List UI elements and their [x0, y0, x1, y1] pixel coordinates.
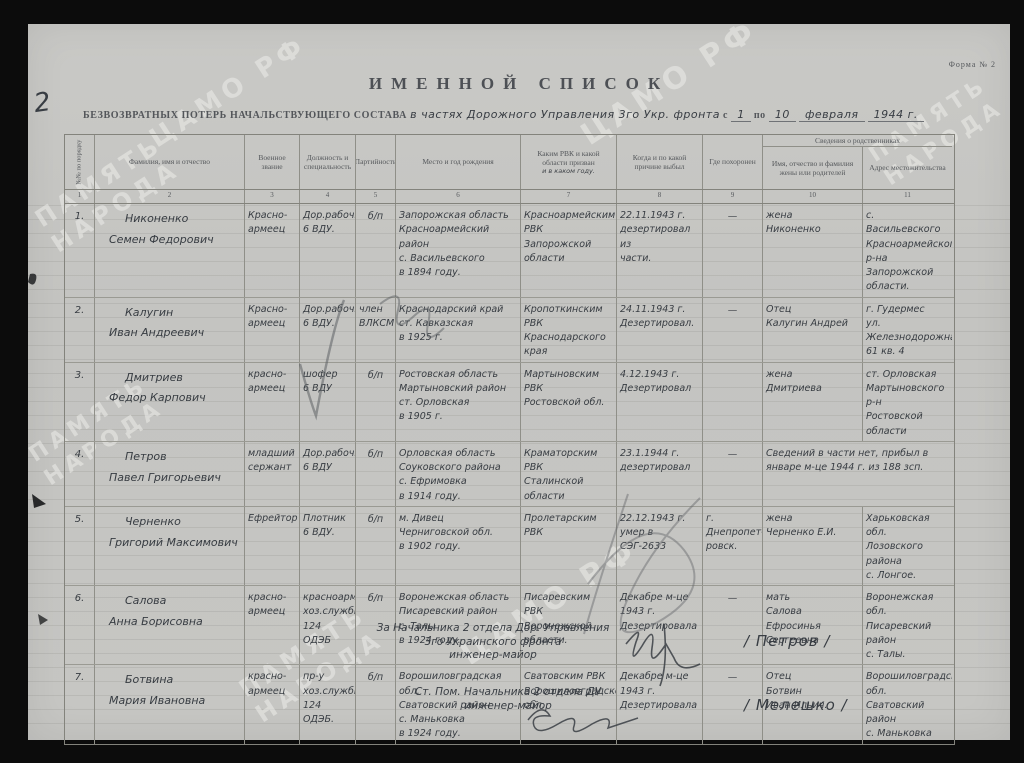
cell-birth: м. Дивец Черниговской обл. в 1902 году. [396, 507, 521, 585]
table-header-row: №№ по порядку Фамилия, имя и отчество Во… [65, 135, 954, 190]
cell-number: 3. [65, 363, 95, 441]
column-header-rvk-handwritten-note: и в каком году. [542, 167, 595, 175]
table-row: 4. Петров Павел Григорьевич младший серж… [65, 442, 954, 507]
signature-block-1: За Начальника 2 отдела Дор. Управления 3… [328, 622, 658, 663]
cell-rank: красно- армеец [245, 586, 300, 664]
cell-buried: — [703, 204, 763, 297]
cell-duty: Дор.рабочий 6 ВДУ. [300, 204, 356, 297]
subtitle-po-label: по [754, 110, 766, 121]
signatory-title: За Начальника 2 отдела Дор. Управления 3… [328, 622, 658, 663]
cell-relative: Отец Калугин Андрей [763, 298, 863, 362]
cell-name: Никоненко Семен Федорович [95, 204, 245, 297]
cell-party: б/п [356, 204, 396, 297]
column-group-relatives-title: Сведения о родственниках [763, 135, 952, 147]
cell-address: Воронежская обл. Писаревский район с. Та… [863, 586, 952, 664]
cell-reason: 22.11.1943 г. дезертировал из части. [617, 204, 703, 297]
cell-address: с. Васильевского Красноармейского р-на З… [863, 204, 952, 297]
cell-name: Петров Павел Григорьевич [95, 442, 245, 506]
cell-buried: — [703, 586, 763, 664]
cell-name: Ботвина Мария Ивановна [95, 665, 245, 743]
signatory-title: Ст. Пом. Начальника 2 отдела ДУ инженер-… [358, 686, 658, 713]
column-header-number: №№ по порядку [65, 135, 95, 189]
cell-buried [703, 363, 763, 441]
column-header-reason: Когда и по какой причине выбыл [617, 135, 703, 189]
cell-rvk: Мартыновским РВК Ростовской обл. [521, 363, 617, 441]
column-header-rank: Военное звание [245, 135, 300, 189]
document-page: ЦАМО РФ ЦАМО РФ ЦАМО РФ ПАМЯТЬ НАРОДА ПА… [28, 24, 1010, 740]
column-header-relative: Имя, отчество и фамилия жены или родител… [763, 147, 863, 189]
cell-relative: жена Дмитриева [763, 363, 863, 441]
subtitle-line: БЕЗВОЗВРАТНЫХ ПОТЕРЬ НАЧАЛЬСТВУЮЩЕГО СОС… [83, 108, 983, 122]
cell-party: член ВЛКСМ [356, 298, 396, 362]
cell-duty: Дор.рабочий 6 ВДУ. [300, 298, 356, 362]
cell-name: Салова Анна Борисовна [95, 586, 245, 664]
column-number: 6 [396, 190, 521, 203]
cell-rank: красно- армеец [245, 363, 300, 441]
cell-party: б/п [356, 363, 396, 441]
column-number: 11 [863, 190, 952, 203]
cell-number: 5. [65, 507, 95, 585]
cell-name: Калугин Иван Андреевич [95, 298, 245, 362]
column-number: 10 [763, 190, 863, 203]
cell-number: 1. [65, 204, 95, 297]
cell-rank: Красно- армеец [245, 204, 300, 297]
column-number: 1 [65, 190, 95, 203]
cell-relative: жена Черненко Е.И. [763, 507, 863, 585]
column-group-relatives: Сведения о родственниках Имя, отчество и… [763, 135, 952, 189]
subtitle-unit-handwritten: в частях Дорожного Управления 3го Укр. ф… [410, 108, 720, 121]
cell-buried: — [703, 298, 763, 362]
column-header-birth: Место и год рождения [396, 135, 521, 189]
column-header-address: Адрес местожительства [863, 147, 952, 189]
column-header-name: Фамилия, имя и отчество [95, 135, 245, 189]
column-number: 2 [95, 190, 245, 203]
form-number: Форма № 2 [949, 60, 996, 69]
cell-rank: красно- армеец [245, 665, 300, 743]
cell-address: Ворошиловградская обл. Сватовский район … [863, 665, 952, 743]
subtitle-year: 1944 г. [868, 108, 924, 122]
cell-rvk: Красноармейским РВК Запорожской области [521, 204, 617, 297]
signature-block-2: Ст. Пом. Начальника 2 отдела ДУ инженер-… [358, 686, 658, 713]
subtitle-month: февраля [799, 108, 865, 122]
signatory-name: / Петров / [744, 632, 830, 650]
cell-duty: Дор.рабочий 6 ВДУ [300, 442, 356, 506]
cell-reason: 24.11.1943 г. Дезертировал. [617, 298, 703, 362]
subtitle-s-label: с [723, 110, 728, 121]
cell-name: Черненко Григорий Максимович [95, 507, 245, 585]
cell-relative: жена Никоненко [763, 204, 863, 297]
cell-number: 7. [65, 665, 95, 743]
table-row: 1. Никоненко Семен Федорович Красно- арм… [65, 204, 954, 298]
cell-reason: 23.1.1944 г. дезертировал [617, 442, 703, 506]
table-row: 3. Дмитриев Федор Карпович красно- армее… [65, 363, 954, 442]
cell-number: 4. [65, 442, 95, 506]
subtitle-printed: БЕЗВОЗВРАТНЫХ ПОТЕРЬ НАЧАЛЬСТВУЮЩЕГО СОС… [83, 110, 407, 121]
column-number: 5 [356, 190, 396, 203]
subtitle-day-to: 10 [769, 108, 796, 122]
column-number: 9 [703, 190, 763, 203]
table-row: 5. Черненко Григорий Максимович Ефрейтор… [65, 507, 954, 586]
column-header-duty: Должность и специальность [300, 135, 356, 189]
column-number-strip: 1 2 3 4 5 6 7 8 9 10 11 [65, 190, 954, 204]
cell-birth: Запорожская область Красноармейский райо… [396, 204, 521, 297]
cell-party: б/п [356, 507, 396, 585]
cell-buried: — [703, 442, 763, 506]
column-number: 7 [521, 190, 617, 203]
cell-birth: Краснодарский край ст. Кавказская в 1925… [396, 298, 521, 362]
cell-address: Харьковская обл. Лозовского района с. Ло… [863, 507, 952, 585]
signatory-name: / Мелешко / [744, 696, 848, 714]
column-number: 8 [617, 190, 703, 203]
cell-relative: мать Салова Ефросинья Сергеевна [763, 586, 863, 664]
cell-party: б/п [356, 442, 396, 506]
cell-rvk: Кропоткинским РВК Краснодарского края [521, 298, 617, 362]
subtitle-day-from: 1 [731, 108, 751, 122]
table-row: 2. Калугин Иван Андреевич Красно- армеец… [65, 298, 954, 363]
cell-rvk: Краматорским РВК Сталинской области [521, 442, 617, 506]
cell-number: 2. [65, 298, 95, 362]
page-title: ИМЕННОЙ СПИСОК [28, 74, 1010, 94]
cell-duty: пр-у хоз.службы 124 ОДЭБ. [300, 665, 356, 743]
cell-rank: младший сержант [245, 442, 300, 506]
cell-name: Дмитриев Федор Карпович [95, 363, 245, 441]
cell-birth: Ростовская область Мартыновский район ст… [396, 363, 521, 441]
cell-relative-note: Сведений в части нет, прибыл в январе м-… [763, 442, 952, 506]
column-header-buried: Где похоронен [703, 135, 763, 189]
cell-rank: Ефрейтор [245, 507, 300, 585]
cell-rvk: Пролетарским РВК [521, 507, 617, 585]
cell-rank: Красно- армеец [245, 298, 300, 362]
column-header-party: Партийность [356, 135, 396, 189]
cell-number: 6. [65, 586, 95, 664]
column-number: 4 [300, 190, 356, 203]
cell-duty: Плотник 6 ВДУ. [300, 507, 356, 585]
cell-buried: г. Днепропет- ровск. [703, 507, 763, 585]
scan-black-border: ЦАМО РФ ЦАМО РФ ЦАМО РФ ПАМЯТЬ НАРОДА ПА… [0, 0, 1024, 763]
column-header-rvk: Каким РВК и какой области призван и в ка… [521, 135, 617, 189]
cell-duty: шофер 6 ВДУ [300, 363, 356, 441]
cell-reason: 4.12.1943 г. Дезертировал [617, 363, 703, 441]
cell-birth: Орловская область Соуковского района с. … [396, 442, 521, 506]
column-number: 3 [245, 190, 300, 203]
cell-address: г. Гудермес ул. Железнодорожная, 61 кв. … [863, 298, 952, 362]
cell-reason: 22.12.1943 г. умер в СЭГ-2633 [617, 507, 703, 585]
cell-address: ст. Орловская Мартыновского р-н Ростовск… [863, 363, 952, 441]
